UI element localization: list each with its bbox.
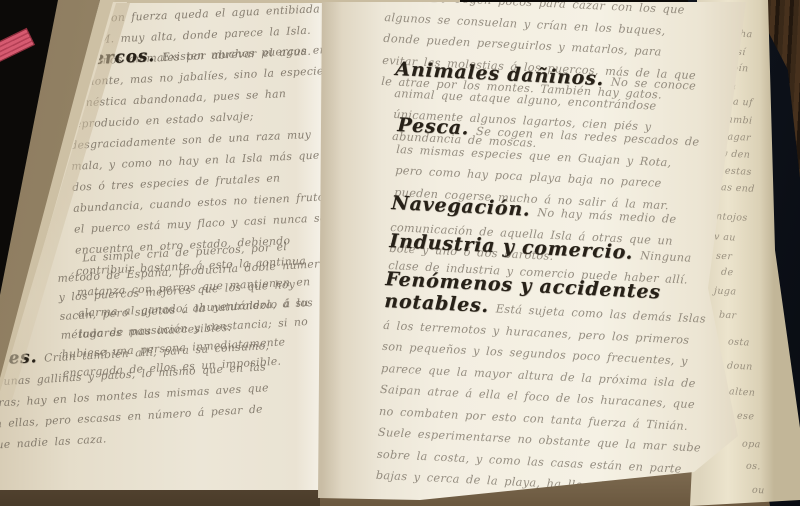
underpage-text-fragment: juga [714,286,737,297]
section-aves: Aves.Crían también allí, para su consumo… [0,333,291,455]
underpage-text-fragment: de [721,268,734,279]
underpage-text-fragment: osta [728,337,750,348]
underpage-text-fragment: ntojos [716,212,748,224]
underpage-text-fragment: alten [729,387,756,398]
underpage-text-fragment: ou [752,486,765,497]
section-heading-pesca: Pesca. [397,114,470,139]
section-fenomenos-y-accidentes: Fenómenos y accidentes notables.Está suj… [375,268,715,501]
archival-sticker [0,28,35,63]
photo-of-open-manuscript: ha sí bín h a uf ambi lagar y den l esta… [0,0,800,506]
underpage-text-fragment: ser [716,252,733,263]
manuscript-text: Está sujeta como las demás Islas á los t… [376,302,707,496]
underpage-text-fragment: bar [719,311,737,322]
underpage-text-fragment: ese [737,412,755,423]
underpage-text-fragment: as end [721,183,755,195]
underpage-text-fragment: opa [742,440,761,451]
underpage-text-fragment: a uf [733,97,753,108]
underpage-text-fragment: os. [746,462,761,473]
underpage-text-fragment: doun [727,361,753,372]
underpage-text-fragment: v au [714,232,736,243]
manuscript-text: Crían también allí, para su consumo, alg… [0,339,270,452]
